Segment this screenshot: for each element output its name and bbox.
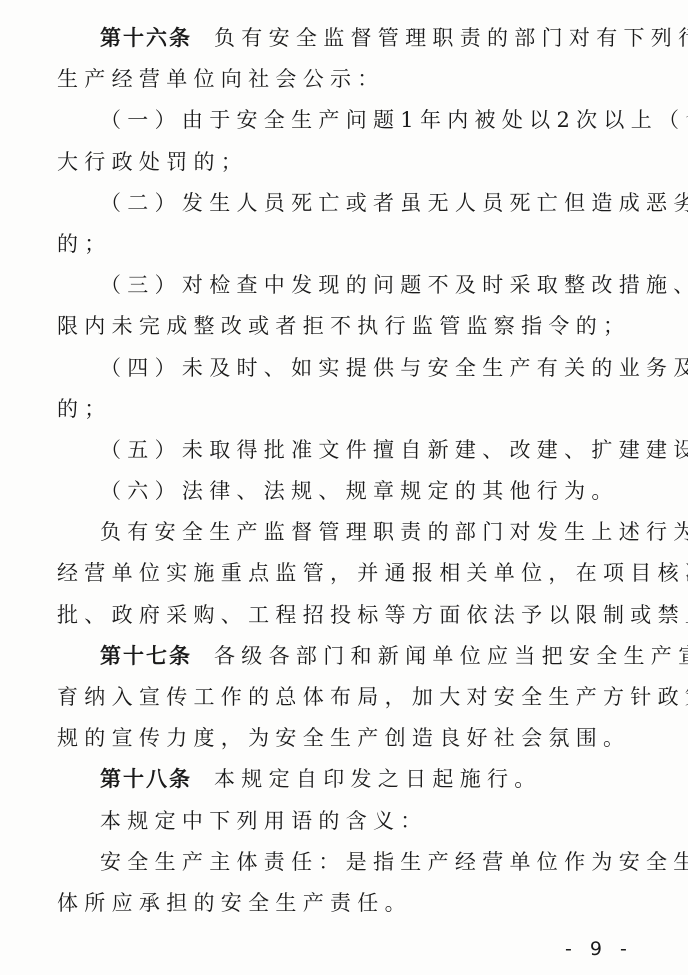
text-line: 限内未完成整改或者拒不执行监管监察指令的； [57,306,647,347]
article-17-line-1: 第十七条各级各部门和新闻单位应当把安全生产宣传教 [57,636,647,677]
line-text: 负有安全监督管理职责的部门对有下列行为的 [214,26,688,50]
text-line: 生产经营单位向社会公示： [57,59,647,100]
text-line: 的； [57,224,647,265]
text-line: 负有安全生产监督管理职责的部门对发生上述行为的生产 [57,512,647,553]
text-line: （一）由于安全生产问题1年内被处以2次以上（含2次）重 [57,100,647,141]
text-line: 经营单位实施重点监管，并通报相关单位，在项目核准、用地审 [57,553,647,594]
article-heading: 第十六条 [100,26,192,50]
page-number: - 9 - [565,938,633,960]
article-heading: 第十八条 [100,767,192,791]
text-line: 安全生产主体责任：是指生产经营单位作为安全生产工作主 [57,842,647,883]
text-line: （四）未及时、如实提供与安全生产有关的业务及监测数据 [57,348,647,389]
text-line: 本规定中下列用语的含义： [57,801,647,842]
text-line: （三）对检查中发现的问题不及时采取整改措施、在规定时 [57,265,647,306]
document-page: 第十六条负有安全监督管理职责的部门对有下列行为的 生产经营单位向社会公示： （一… [57,18,647,924]
text-line: （五）未取得批准文件擅自新建、改建、扩建建设项目的； [57,430,647,471]
article-heading: 第十七条 [100,644,192,668]
line-text: 本规定自印发之日起施行。 [214,767,542,791]
text-line: 批、政府采购、工程招投标等方面依法予以限制或禁止。 [57,595,647,636]
line-text: 各级各部门和新闻单位应当把安全生产宣传教 [214,644,688,668]
text-line: （二）发生人员死亡或者虽无人员死亡但造成恶劣社会影响 [57,183,647,224]
text-line: 的； [57,389,647,430]
text-line: （六）法律、法规、规章规定的其他行为。 [57,471,647,512]
article-16-line-1: 第十六条负有安全监督管理职责的部门对有下列行为的 [57,18,647,59]
text-line: 规的宣传力度，为安全生产创造良好社会氛围。 [57,718,647,759]
text-line: 大行政处罚的； [57,142,647,183]
text-line: 育纳入宣传工作的总体布局，加大对安全生产方针政策、法律法 [57,677,647,718]
text-line: 体所应承担的安全生产责任。 [57,883,647,924]
article-18-line-1: 第十八条本规定自印发之日起施行。 [57,759,647,800]
